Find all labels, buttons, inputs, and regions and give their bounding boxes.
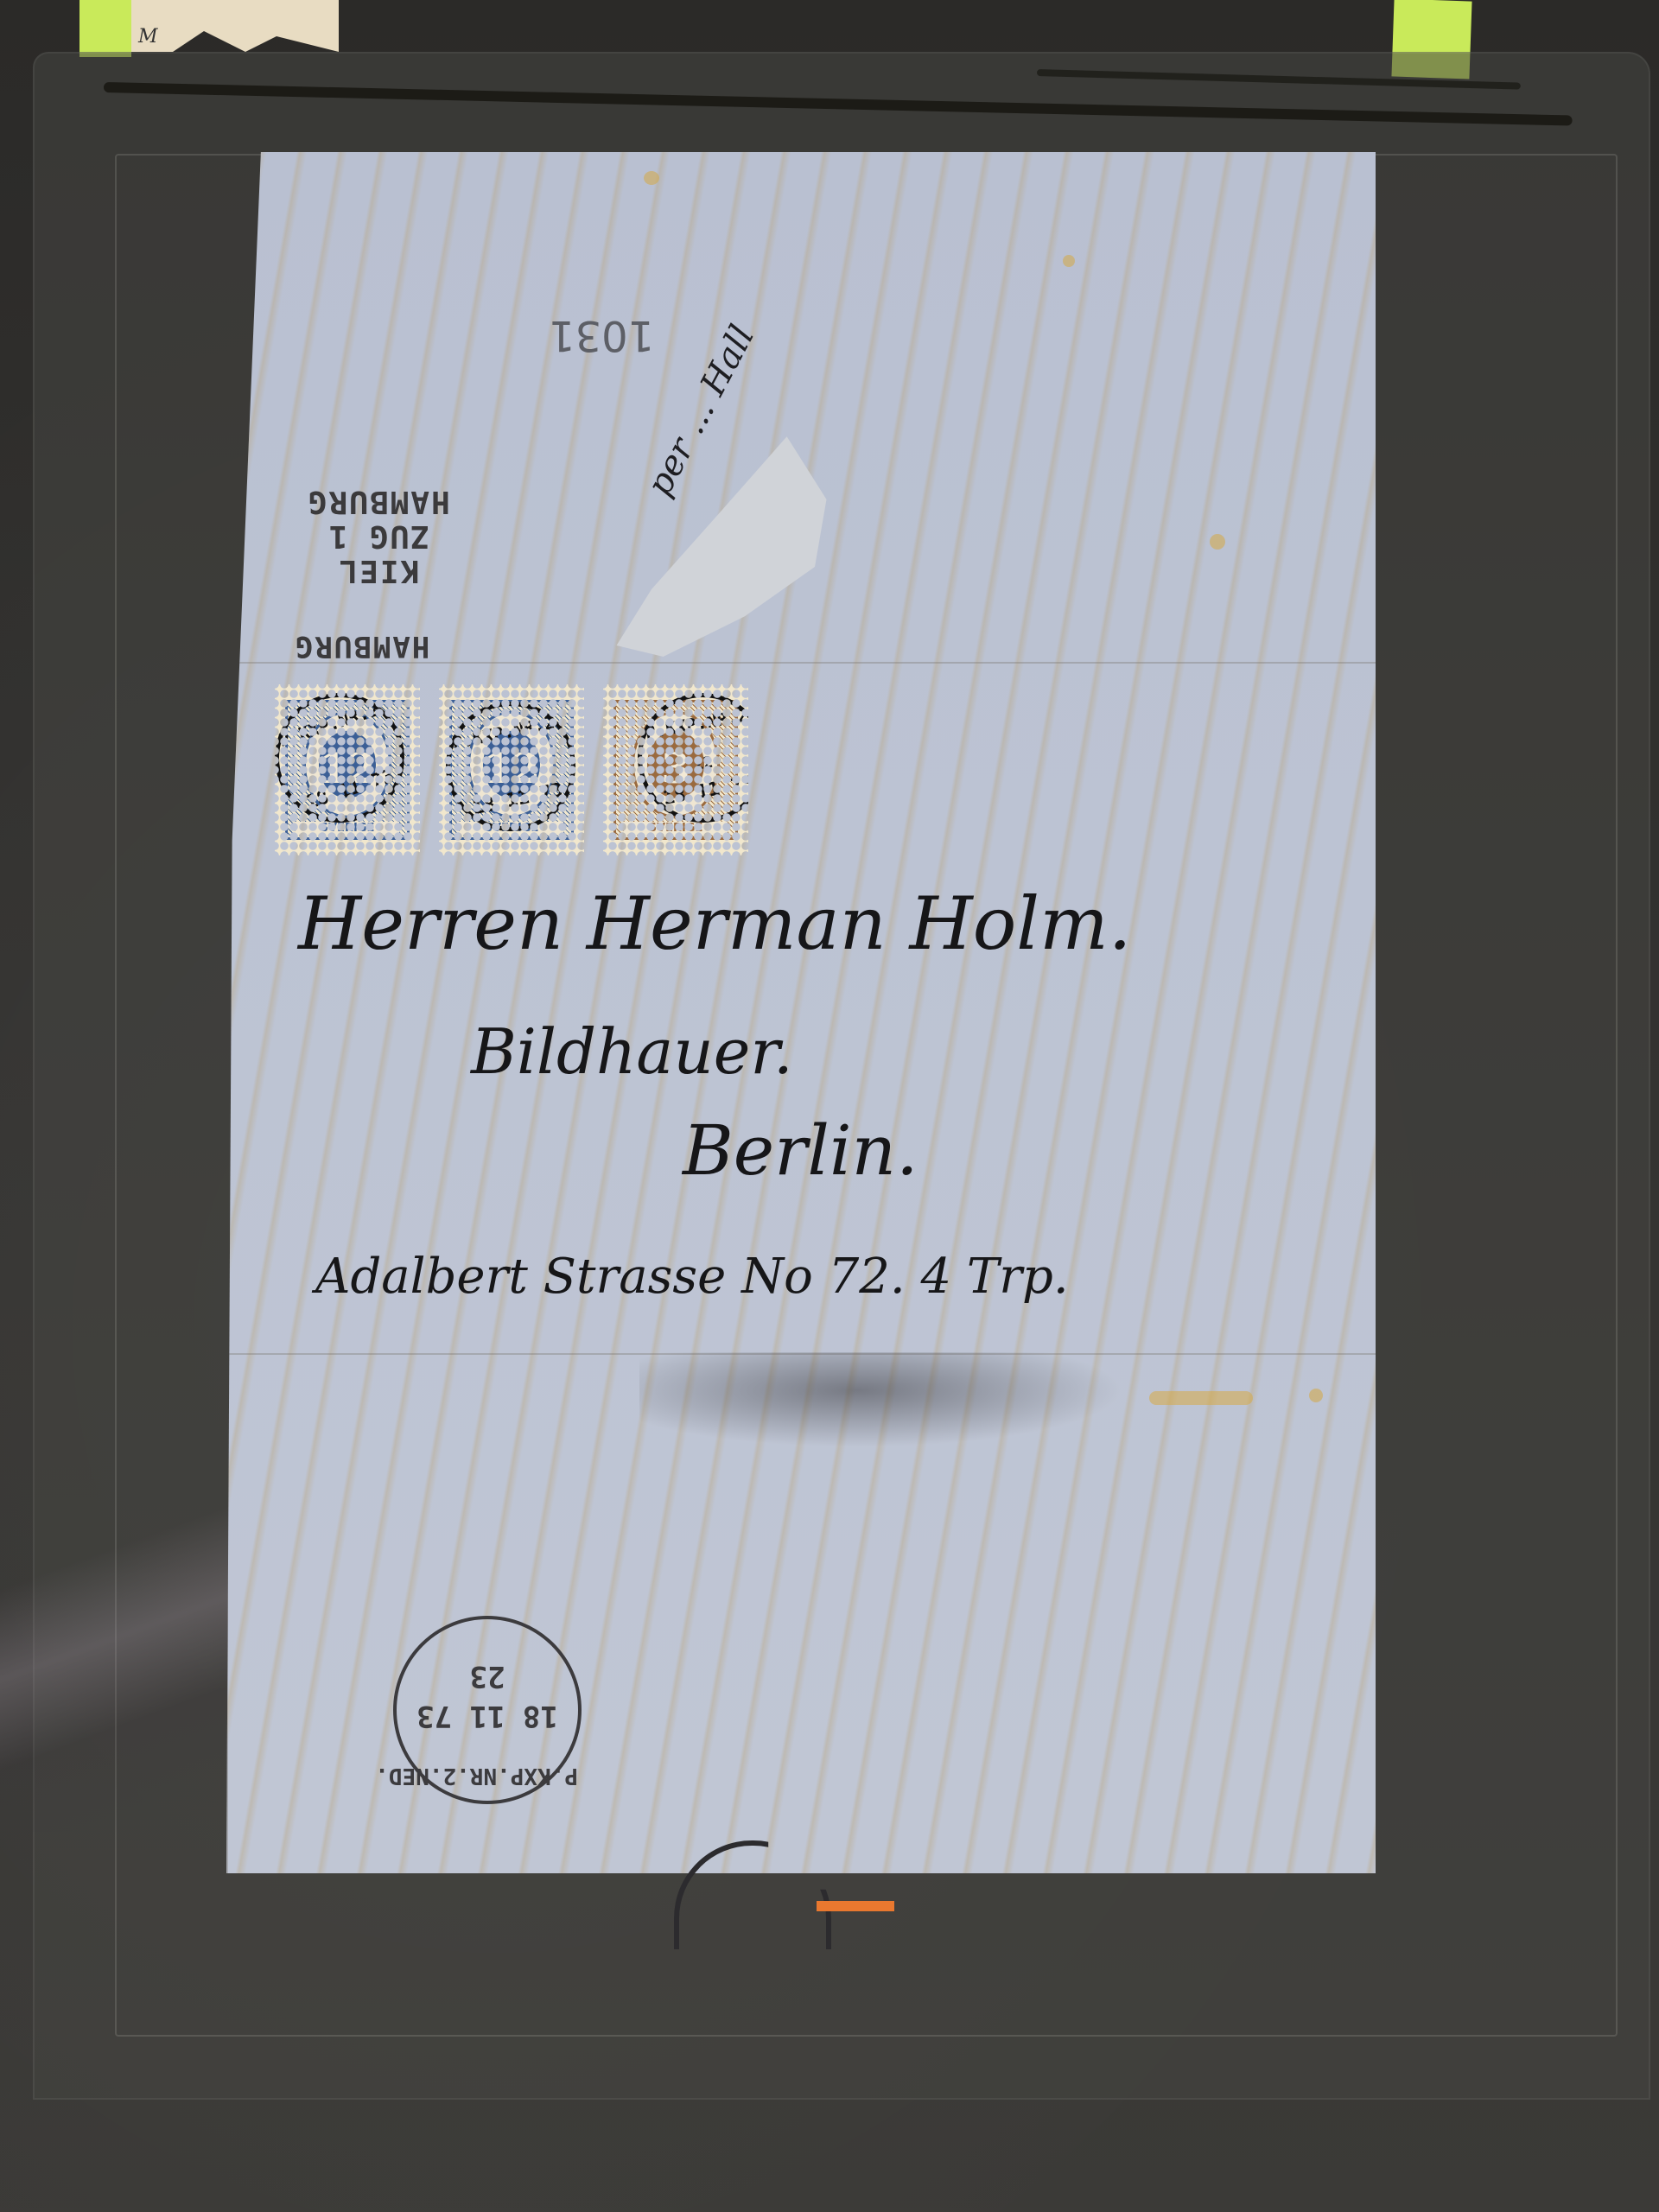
green-tab-left [79,0,131,57]
address-city: Berlin. [683,1110,918,1191]
stamp-12-ore-2: 12 SVERIGE P.KXP.NR.2 18 11 73 [439,684,584,855]
foxing-spot [1149,1391,1253,1405]
stamp-12-ore-1: 12 SVERIGE P.KXP.NR.2 18 11 73 [275,684,420,855]
address-addressee: Herren Herman Holm. [298,881,1131,966]
transit-mark-kiel: KIEL ZUG 1 HAMBURG [307,484,450,588]
postal-cover [226,152,1376,1873]
foxing-spot [644,171,659,185]
stamp-country: SVERIGE [624,822,728,835]
foxing-spot [1210,534,1225,550]
orange-crayon-mark [817,1901,894,1911]
transit-mark-line: ZUG 1 [307,518,450,553]
arrival-postmark-date: 18 11 73 [397,1699,578,1733]
address-occupation: Bildhauer. [471,1015,793,1088]
stamp-country: SVERIGE [296,822,399,835]
pencil-inventory-number: 1031 [549,311,654,359]
foxing-spot [1309,1389,1323,1402]
address-street: Adalbert Strasse No 72. 4 Trp. [315,1249,1069,1305]
arrival-postmark-ring-text: P.KXP.NR.2.NED. [397,1763,578,1789]
stamp-3-ore: 3 SVERIGE P.KXP.NR.2 22 18 11 73 [603,684,748,855]
arrival-postmark: P.KXP.NR.2.NED. 18 11 73 23 [393,1616,582,1804]
paper-scrap-behind [131,0,339,52]
foxing-spot [1063,255,1075,267]
paper-scrap-text: M [138,26,158,48]
transit-mark-line: HAMBURG [307,484,450,518]
ink-smudge [639,1352,1123,1447]
transit-mark-line: KIEL [307,553,450,588]
arrival-postmark-number: 23 [397,1659,578,1694]
transit-mark-hamburg: HAMBURG [294,629,429,664]
